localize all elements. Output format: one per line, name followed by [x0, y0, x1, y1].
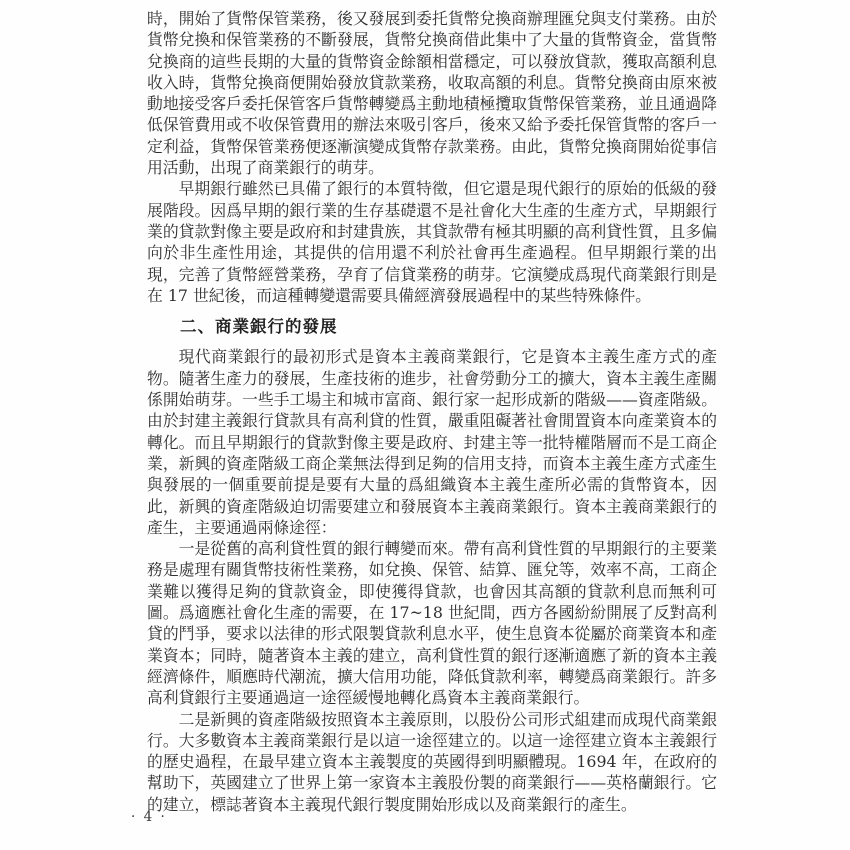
book-page: 時，開始了貨幣保管業務，後又發展到委托貨幣兌換商辦理匯兌與支付業務。由於貨幣兌換…	[0, 0, 850, 850]
page-number: · 4 ·	[131, 809, 167, 825]
paragraph: 二是新興的資產階級按照資本主義原則，以股份公司形式組建而成現代商業銀行。大多數資…	[147, 709, 717, 815]
body-paragraphs-top: 時，開始了貨幣保管業務，後又發展到委托貨幣兌換商辦理匯兌與支付業務。由於貨幣兌換…	[147, 8, 717, 306]
paragraph: 早期銀行雖然已具備了銀行的本質特徵，但它還是現代銀行的原始的低級的發展階段。因爲…	[147, 178, 717, 306]
body-paragraphs-bottom: 現代商業銀行的最初形式是資本主義商業銀行，它是資本主義生產方式的產物。隨著生產力…	[147, 346, 717, 815]
paragraph: 一是從舊的高利貸性質的銀行轉變而來。帶有高利貸性質的早期銀行的主要業務是處理有關…	[147, 538, 717, 708]
paragraph: 現代商業銀行的最初形式是資本主義商業銀行，它是資本主義生產方式的產物。隨著生產力…	[147, 346, 717, 538]
text-column: 時，開始了貨幣保管業務，後又發展到委托貨幣兌換商辦理匯兌與支付業務。由於貨幣兌換…	[147, 8, 717, 815]
section-heading: 二、商業銀行的發展	[147, 316, 717, 337]
paragraph: 時，開始了貨幣保管業務，後又發展到委托貨幣兌換商辦理匯兌與支付業務。由於貨幣兌換…	[147, 8, 717, 178]
